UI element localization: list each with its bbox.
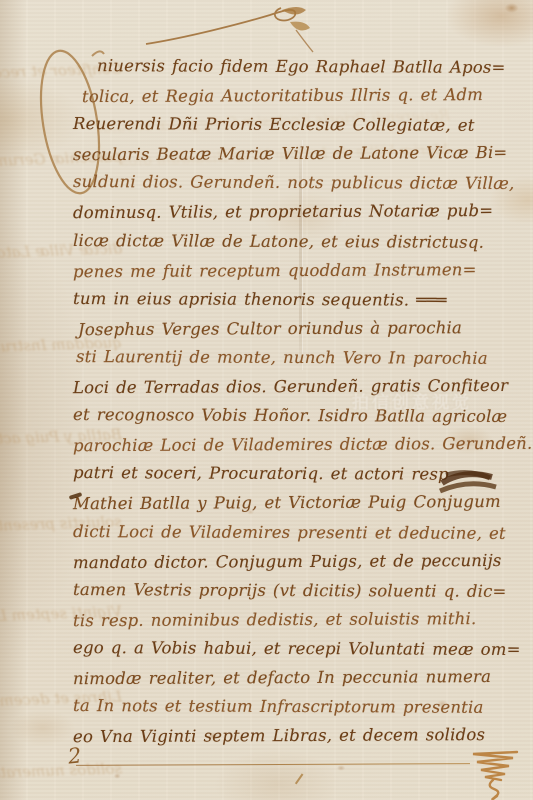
- manuscript-line: penes me fuit receptum quoddam Instrumen…: [73, 259, 525, 290]
- small-pen-mark: [295, 773, 303, 784]
- closing-rule-line: [76, 763, 470, 766]
- manuscript-line: Mathei Batlla y Puig, et Victoriæ Puig C…: [73, 492, 525, 523]
- manuscript-line: Reuerendi Dñi Prioris Ecclesiæ Collegiat…: [73, 114, 525, 145]
- manuscript-line: eo Vna Viginti septem Libras, et decem s…: [73, 725, 525, 756]
- manuscript-line: licæ dictæ Villæ de Latone, et eius dist…: [73, 231, 525, 262]
- manuscript-line: mandato dictor. Conjugum Puigs, et de pe…: [73, 550, 525, 581]
- manuscript-line: Loci de Terradas dios. Gerundeñ. gratis …: [73, 376, 525, 407]
- manuscript-line: sti Laurentij de monte, nunch Vero In pa…: [73, 347, 525, 378]
- manuscript-text: niuersis facio fidem Ego Raphael Batlla …: [73, 57, 525, 755]
- manuscript-line: nimodæ realiter, et defacto In peccunia …: [73, 667, 525, 698]
- manuscript-line: parochiæ Loci de Vilademires dictæ dios.…: [73, 434, 525, 465]
- pen-flourish-icon: [140, 2, 315, 57]
- manuscript-line: dicti Loci de Vilademires presenti et de…: [73, 522, 525, 553]
- manuscript-line: tolica, et Regia Auctoritatibus Illris q…: [73, 85, 525, 116]
- manuscript-page: Confiteor et recogparochiæ Gerundeñdictæ…: [0, 0, 533, 800]
- manuscript-line: ego q. a Vobis habui, et recepi Voluntat…: [73, 638, 525, 669]
- manuscript-line: tamen Vestris proprijs (vt dicitis) solu…: [73, 580, 525, 611]
- manuscript-line: et recognosco Vobis Hoñor. Isidro Batlla…: [73, 405, 525, 436]
- manuscript-line: dominusq. Vtilis, et proprietarius Notar…: [73, 201, 525, 232]
- pen-squiggle-icon: [463, 748, 525, 800]
- manuscript-line: niuersis facio fidem Ego Raphael Batlla …: [73, 56, 525, 87]
- manuscript-line: ta In nots et testium Infrascriptorum pr…: [73, 696, 525, 727]
- manuscript-line: sulduni dios. Gerundeñ. nots publicus di…: [73, 172, 525, 203]
- manuscript-line: tum in eius aprisia thenoris sequentis. …: [73, 289, 525, 320]
- manuscript-line: secularis Beatæ Mariæ Villæ de Latone Vi…: [73, 143, 525, 174]
- manuscript-line: tis resp. nominibus dedistis, et soluist…: [73, 609, 525, 640]
- manuscript-line: Josephus Verges Cultor oriundus à paroch…: [73, 318, 525, 349]
- bleedthrough-text: solidos numerata: [0, 759, 122, 782]
- manuscript-line: patri et soceri, Procuratoriq. et actori…: [73, 463, 525, 494]
